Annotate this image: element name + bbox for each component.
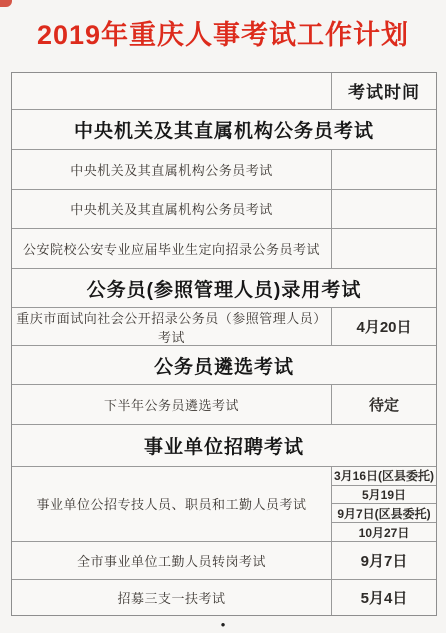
table-row: 中央机关及其直属机构公务员考试 — [12, 149, 436, 189]
section-row-central-civil-service: 中央机关及其直属机构公务员考试 — [12, 109, 436, 149]
exam-name-cell: 事业单位公招专技人员、职员和工勤人员考试 — [12, 467, 332, 542]
exam-name-cell: 中央机关及其直属机构公务员考试 — [12, 150, 332, 189]
exam-time-cell: 5月4日 — [332, 580, 436, 615]
page-title: 2019年重庆人事考试工作计划 — [0, 13, 446, 52]
corner-red-mark — [0, 0, 12, 7]
exam-name-cell: 下半年公务员遴选考试 — [12, 385, 332, 424]
exam-time-cell — [332, 229, 436, 268]
exam-schedule-table: 考试时间 中央机关及其直属机构公务员考试 中央机关及其直属机构公务员考试 中央机… — [11, 72, 437, 616]
exam-time-cell: 4月20日 — [332, 308, 436, 345]
exam-name-cell: 重庆市面试向社会公开招录公务员（参照管理人员）考试 — [12, 308, 332, 345]
section-row-public-institution: 事业单位招聘考试 — [12, 424, 436, 466]
table-row: 公安院校公安专业应届毕业生定向招录公务员考试 — [12, 228, 436, 268]
table-row: 下半年公务员遴选考试 待定 — [12, 384, 436, 424]
table-header-row: 考试时间 — [12, 73, 436, 109]
header-exam-cell — [12, 73, 332, 109]
exam-name-cell: 公安院校公安专业应届毕业生定向招录公务员考试 — [12, 229, 332, 268]
exam-name-cell: 招募三支一扶考试 — [12, 580, 332, 615]
table-row: 全市事业单位工勤人员转岗考试 9月7日 — [12, 541, 436, 579]
header-time-cell: 考试时间 — [332, 73, 436, 109]
section-row-civil-service-recruitment: 公务员(参照管理人员)录用考试 — [12, 268, 436, 307]
exam-time-cell: 10月27日 — [332, 522, 436, 541]
exam-name-cell: 中央机关及其直属机构公务员考试 — [12, 190, 332, 229]
table-row: 中央机关及其直属机构公务员考试 — [12, 189, 436, 229]
exam-time-cell — [332, 190, 436, 229]
exam-time-cell: 9月7日 — [332, 542, 436, 579]
exam-time-cell: 3月16日(区县委托) — [332, 467, 436, 485]
exam-name-cell: 全市事业单位工勤人员转岗考试 — [12, 542, 332, 579]
table-row-multi-dates: 事业单位公招专技人员、职员和工勤人员考试 3月16日(区县委托) 5月19日 9… — [12, 466, 436, 542]
table-row: 重庆市面试向社会公开招录公务员（参照管理人员）考试 4月20日 — [12, 307, 436, 345]
exam-time-list: 3月16日(区县委托) 5月19日 9月7日(区县委托) 10月27日 — [332, 467, 436, 542]
exam-time-cell — [332, 150, 436, 189]
exam-time-cell: 5月19日 — [332, 485, 436, 504]
exam-time-cell: 待定 — [332, 385, 436, 424]
footer-dot: • — [0, 618, 446, 632]
exam-time-cell: 9月7日(区县委托) — [332, 503, 436, 522]
table-row: 招募三支一扶考试 5月4日 — [12, 579, 436, 615]
section-row-civil-service-selection: 公务员遴选考试 — [12, 345, 436, 384]
